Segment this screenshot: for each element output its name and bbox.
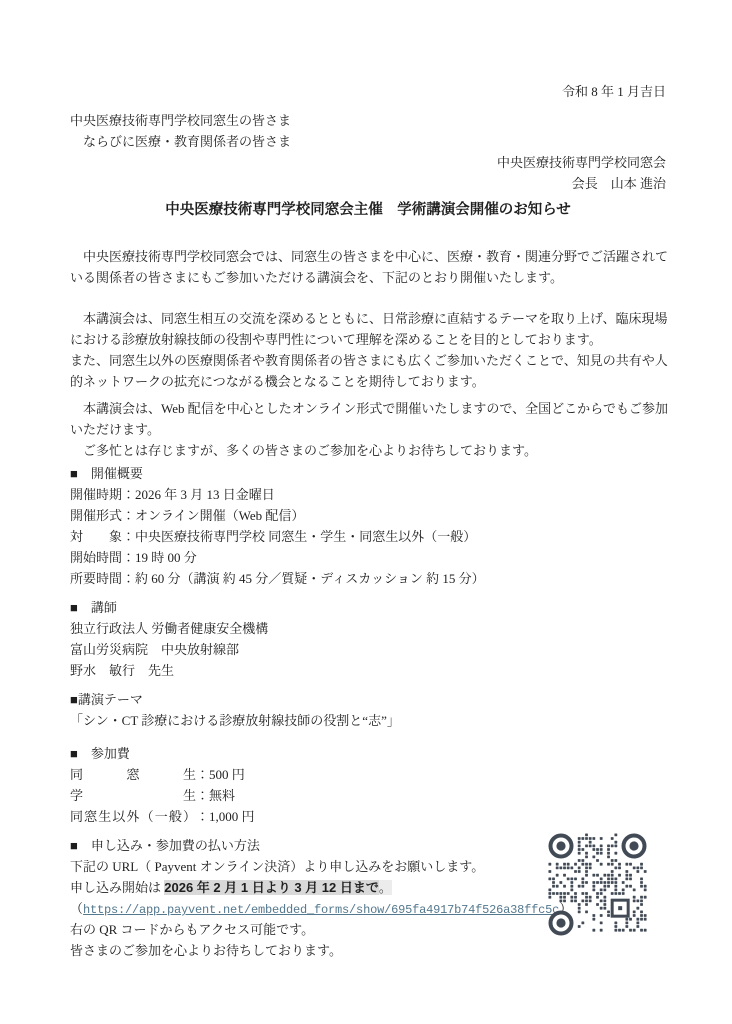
apply-period-prefix: 申し込み開始は: [70, 880, 164, 895]
paragraph-line: 的ネットワークの拡充につながる機会となることを期待しております。: [70, 371, 666, 392]
lecturer-name: 野水 敏行 先生: [70, 660, 666, 681]
announcement-letter-page: 令和 8 年 1 月吉日 中央医療技術専門学校同窓生の皆さま ならびに医療・教育…: [0, 0, 732, 1024]
paragraph-line: における診療放射線技師の役割や専門性について理解を深めることを目的としております…: [70, 329, 666, 350]
paragraph-line: いる関係者の皆さまにもご参加いただける講演会を、下記のとおり開催いたします。: [70, 267, 666, 288]
paragraph-line: ご多忙とは存じますが、多くの皆さまのご参加を心よりお待ちしております。: [70, 440, 666, 461]
payment-url-link[interactable]: https://app.payvent.net/embedded_forms/s…: [83, 903, 559, 917]
apply-period-suffix: 。: [379, 880, 392, 895]
letter-date: 令和 8 年 1 月吉日: [70, 81, 666, 102]
section-overview: ■ 開催概要 開催時期：2026 年 3 月 13 日金曜日 開催形式：オンライ…: [70, 463, 666, 589]
section-heading-fees: ■ 参加費: [70, 743, 666, 764]
fee-value: ：無料: [196, 788, 235, 803]
paragraph-online: 本講演会は、Web 配信を中心としたオンライン形式で開催いたしますので、全国どこ…: [70, 398, 666, 461]
overview-date: 開催時期：2026 年 3 月 13 日金曜日: [70, 484, 666, 505]
apply-closing: 皆さまのご参加を心よりお待ちしております。: [70, 940, 666, 961]
section-heading-overview: ■ 開催概要: [70, 463, 666, 484]
url-paren-open: （: [70, 901, 83, 916]
fee-value: ：1,000 円: [196, 809, 255, 824]
qr-code-image: [548, 833, 647, 936]
paragraph-line: 中央医療技術専門学校同窓会では、同窓生の皆さまを中心に、医療・教育・関連分野でご…: [70, 246, 666, 267]
paragraph-line: また、同窓生以外の医療関係者や教育関係者の皆さまにも広くご参加いただくことで、知…: [70, 350, 666, 371]
recipient-line-1: 中央医療技術専門学校同窓生の皆さま: [70, 110, 666, 131]
fee-row-student: 学 生：無料: [70, 785, 666, 806]
overview-audience: 対 象：中央医療技術専門学校 同窓生・学生・同窓生以外（一般）: [70, 526, 666, 547]
sender-organization: 中央医療技術専門学校同窓会: [70, 152, 666, 173]
lecturer-organization: 独立行政法人 労働者健康安全機構: [70, 618, 666, 639]
fee-label: 学 生: [70, 785, 196, 806]
fee-row-general: 同窓生以外（一般）：1,000 円: [70, 806, 666, 827]
section-fees: ■ 参加費 同 窓 生：500 円 学 生：無料 同窓生以外（一般）：1,000…: [70, 743, 666, 827]
qr-code: [548, 833, 647, 936]
paragraph-line: いただけます。: [70, 419, 666, 440]
letter-title: 中央医療技術専門学校同窓会主催 学術講演会開催のお知らせ: [70, 200, 666, 221]
fee-row-alumni: 同 窓 生：500 円: [70, 764, 666, 785]
section-lecturer: ■ 講師 独立行政法人 労働者健康安全機構 富山労災病院 中央放射線部 野水 敏…: [70, 597, 666, 681]
apply-period-highlight: 2026 年 2 月 1 日より 3 月 12 日まで: [164, 880, 379, 895]
paragraph-line: 本講演会は、Web 配信を中心としたオンライン形式で開催いたしますので、全国どこ…: [70, 398, 666, 419]
theme-title: 「シン・CT 診療における診療放射線技師の役割と“志”」: [70, 710, 666, 731]
section-theme: ■講演テーマ 「シン・CT 診療における診療放射線技師の役割と“志”」: [70, 689, 666, 731]
fee-label: 同窓生以外（一般）: [70, 806, 196, 827]
overview-format: 開催形式：オンライン開催（Web 配信）: [70, 505, 666, 526]
paragraph-purpose: 本講演会は、同窓生相互の交流を深めるとともに、日常診療に直結するテーマを取り上げ…: [70, 308, 666, 392]
lecturer-hospital: 富山労災病院 中央放射線部: [70, 639, 666, 660]
fee-label: 同 窓 生: [70, 764, 196, 785]
overview-start-time: 開始時間：19 時 00 分: [70, 547, 666, 568]
paragraph-line: 本講演会は、同窓生相互の交流を深めるとともに、日常診療に直結するテーマを取り上げ…: [70, 308, 666, 329]
sender-person: 会長 山本 進治: [70, 173, 666, 194]
paragraph-intro: 中央医療技術専門学校同窓会では、同窓生の皆さまを中心に、医療・教育・関連分野でご…: [70, 246, 666, 288]
fee-value: ：500 円: [196, 767, 245, 782]
section-heading-theme: ■講演テーマ: [70, 689, 666, 710]
section-heading-lecturer: ■ 講師: [70, 597, 666, 618]
overview-duration: 所要時間：約 60 分（講演 約 45 分／質疑・ディスカッション 約 15 分…: [70, 568, 666, 589]
recipient-line-2: ならびに医療・教育関係者の皆さま: [70, 131, 666, 152]
